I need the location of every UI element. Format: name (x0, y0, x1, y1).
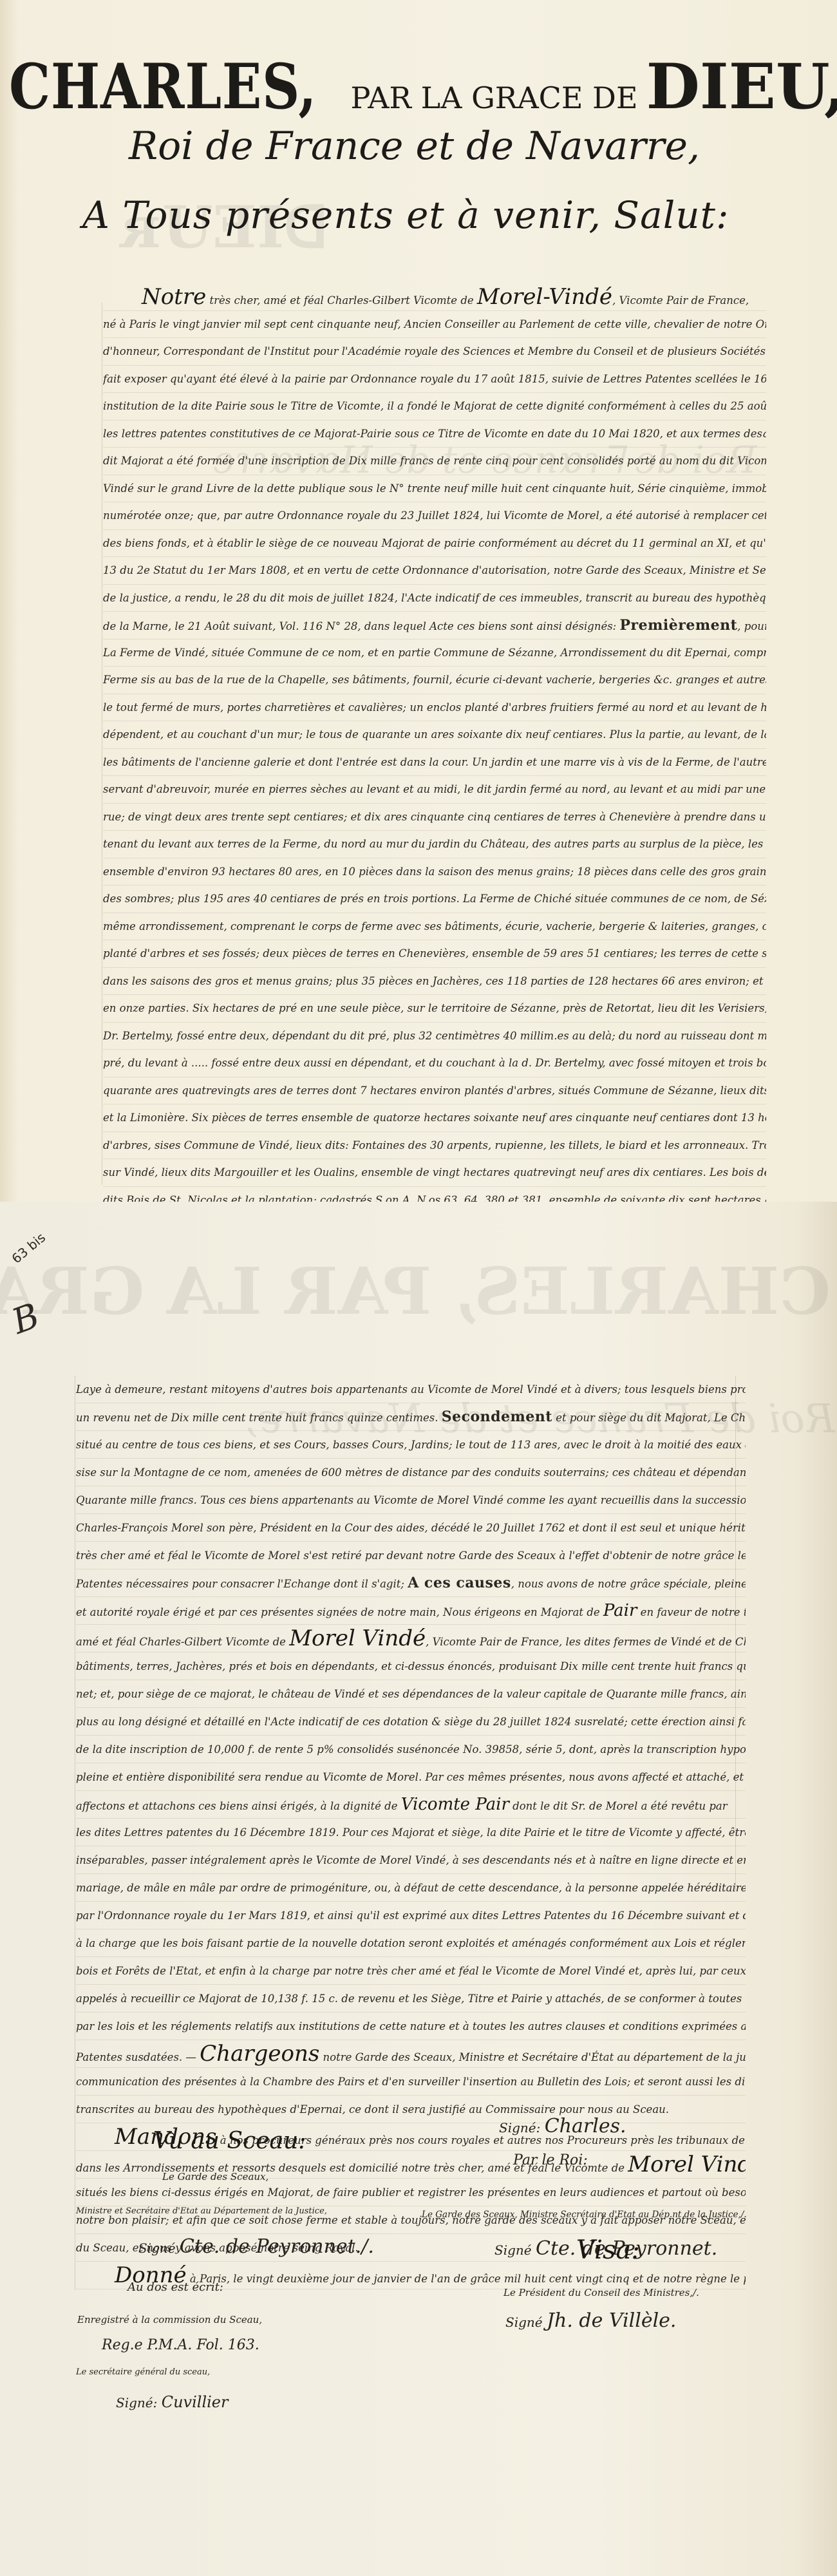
line-text: en faveur de notre très cher (637, 1606, 746, 1618)
margin-flourish: B (6, 1295, 44, 1342)
text-line: de la Marne, le 21 Août suivant, Vol. 11… (103, 612, 766, 639)
text-line: transcrites au bureau des hypothèques d'… (76, 2096, 746, 2123)
signed-label: Signé: (499, 2120, 540, 2136)
text-line: mariage, de mâle en mâle par ordre de pr… (76, 1874, 746, 1902)
line-text: et autorité royale érigé et par ces prés… (76, 1606, 603, 1618)
margin-annotation-folio: 63 bis (8, 1229, 48, 1266)
signed-label: Signé (505, 2315, 543, 2330)
text-line: à la charge que les bois faisant partie … (76, 1929, 746, 1957)
enregistre-label: Enregistré à la commission du Sceau, (77, 2314, 262, 2325)
text-line: dits Bois de St. Nicolas et la plantatio… (103, 1187, 766, 1202)
text-line: numérotée onze; que, par autre Ordonnanc… (103, 502, 766, 530)
line-text: affectons et attachons ces biens ainsi é… (76, 1800, 401, 1812)
text-line: Patentes susdatées. — Chargeons notre Ga… (76, 2040, 746, 2068)
text-line: d'arbres, sises Commune de Vindé, lieux … (103, 1132, 766, 1160)
bleed-through-header: CHARLES, PAR LA GRACE DE DIEU, (71, 1253, 831, 1329)
text-line: situé au centre de tous ces biens, et se… (76, 1431, 746, 1459)
signed-label: Signé: (116, 2395, 157, 2410)
drop-word-notre: Notre (142, 284, 206, 310)
president-conseil-title: Le Président du Conseil des Ministres,/. (503, 2287, 699, 2298)
text-line: Vindé sur le grand Livre de la dette pub… (103, 475, 766, 503)
line-text: à Paris, le vingt deuxième jour de janvi… (187, 2273, 746, 2285)
text-line: des sombres; plus 195 ares 40 centiares … (103, 885, 766, 913)
header-par-la-grace: PAR LA GRACE DE (350, 80, 637, 115)
line-text: , Vicomte Pair de France, (612, 294, 749, 307)
line-text: Patentes susdatées. — (76, 2051, 200, 2063)
name-morel-vinde: Morel-Vindé (477, 284, 612, 310)
text-line: tenant du levant aux terres de la Ferme,… (103, 831, 766, 858)
text-line: rue; de vingt deux ares trente sept cent… (103, 804, 766, 831)
text-line: bâtiments, terres, Jachères, prés et boi… (76, 1653, 746, 1680)
text-line: par les lois et les réglements relatifs … (76, 2012, 746, 2040)
text-line: le tout fermé de murs, portes charretièr… (103, 694, 766, 722)
text-line: plus au long désigné et détaillé en l'Ac… (76, 1708, 746, 1736)
signature-name: Jh. de Villèle. (547, 2309, 676, 2332)
signature-name: Cuvillier (162, 2393, 229, 2411)
text-line: La Ferme de Vindé, située Commune de ce … (103, 639, 766, 667)
text-line: de la dite inscription de 10,000 f. de r… (76, 1736, 746, 1763)
document-page-2: CHARLES, PAR LA GRACE DE DIEU, Roi de Fr… (0, 1202, 837, 2576)
text-line: Ferme sis au bas de la rue de la Chapell… (103, 667, 766, 694)
text-line: même arrondissement, comprenant le corps… (103, 913, 766, 941)
text-line: amé et féal Charles-Gilbert Vicomte de M… (76, 1625, 746, 1653)
line-text: et pour siège du dit Majorat, Le Château… (552, 1412, 746, 1424)
signature-villele: Signé Jh. de Villèle. (505, 2309, 676, 2332)
header-royal-title: CHARLES, PAR LA GRACE DE DIEU, (9, 50, 837, 123)
text-line: inséparables, passer intégralement après… (76, 1846, 746, 1874)
text-line: très cher amé et féal le Vicomte de More… (76, 1542, 746, 1569)
name-morel-vinde: Morel Vindé (628, 2152, 746, 2177)
text-line: dans les saisons des gros et menus grain… (103, 968, 766, 996)
text-line: et autorité royale érigé et par ces prés… (76, 1597, 746, 1625)
text-line: né à Paris le vingt janvier mil sept cen… (103, 311, 766, 339)
text-line: institution de la dite Pairie sous le Ti… (103, 393, 766, 421)
header-roi-de-france: Roi de France et de Navarre, (129, 124, 700, 169)
header-dieu: DIEU, (646, 50, 837, 123)
line-text: notre Garde des Sceaux, Ministre et Secr… (319, 2051, 746, 2063)
text-line: servant d'abreuvoir, murée en pierres sè… (103, 776, 766, 804)
text-line: par l'Ordonnance royale du 1er Mars 1819… (76, 1902, 746, 1929)
garde-des-sceaux-title: Le Garde des Sceaux, (162, 2171, 268, 2183)
line-text: , nous avons de notre grâce spéciale, pl… (511, 1578, 746, 1590)
text-line: les lettres patentes constitutives de ce… (103, 421, 766, 448)
text-line: situés les biens ci-dessus érigés en Maj… (76, 2179, 746, 2206)
heading-premierement: Premièrement (620, 617, 738, 634)
margin-rule (75, 1376, 75, 2290)
text-line: bois et Forêts de l'Etat, et enfin à la … (76, 1957, 746, 1985)
heading-par-le-roi: Par le Roi: (513, 2152, 588, 2168)
text-line: ensemble d'environ 93 hectares 80 ares, … (103, 858, 766, 886)
garde-des-sceaux-right-title: Le Garde des Sceaux, Ministre Secrétaire… (422, 2210, 747, 2220)
line-text: , Vicomte Pair de France, les dites ferm… (426, 1636, 746, 1648)
text-line: affectons et attachons ces biens ainsi é… (76, 1791, 746, 1819)
signature-peyronnet-left: Signé Cte. de Peyronnet./. (138, 2235, 374, 2258)
page1-body: Notre très cher, amé et féal Charles-Gil… (103, 283, 766, 1202)
text-line: appelés à recueillir ce Majorat de 10,13… (76, 1985, 746, 2012)
line-text: Patentes nécessaires pour consacrer l'Ec… (76, 1578, 408, 1590)
text-line: et la Limonière. Six pièces de terres en… (103, 1104, 766, 1132)
signature-cuvillier: Signé: Cuvillier (116, 2393, 228, 2411)
signature-king: Signé: Charles. (499, 2115, 626, 2137)
title-vicomte-pair: Vicomte Pair (401, 1795, 509, 1814)
heading-secondement: Secondement (442, 1408, 552, 1425)
word-pair: Pair (603, 1601, 637, 1620)
text-line: les bâtiments de l'ancienne galerie et d… (103, 749, 766, 777)
text-line: un revenu net de Dix mille cent trente h… (76, 1403, 746, 1431)
text-line: sise sur la Montagne de ce nom, amenées … (76, 1459, 746, 1486)
text-line: Laye à demeure, restant mitoyens d'autre… (76, 1376, 746, 1403)
text-line: d'honneur, Correspondant de l'Institut p… (103, 338, 766, 366)
text-line: Notre très cher, amé et féal Charles-Gil… (103, 283, 766, 311)
text-line: Charles-François Morel son père, Préside… (76, 1514, 746, 1542)
heading-vu-au-sceau: Vu au Sceau: (153, 2128, 306, 2154)
signature-name: Cte. de Peyronnet./. (180, 2235, 374, 2258)
drop-word-chargeons: Chargeons (200, 2041, 319, 2067)
heading-au-dos: Au dos est écrit: (127, 2280, 223, 2294)
text-line: les dites Lettres patentes du 16 Décembr… (76, 1819, 746, 1846)
text-line: quarante ares quatrevingts ares de terre… (103, 1077, 766, 1105)
document-page-1: ᴙUƎIᗡ ɘɿɿɒvɒИ ɘb tɘ ɘɔnɒɿᖷ ɘb ioЯ CHARLE… (0, 0, 837, 1202)
name-morel-vinde: Morel Vindé (289, 1625, 426, 1651)
text-line: communication des présentes à la Chambre… (76, 2068, 746, 2096)
text-line: Quarante mille francs. Tous ces biens ap… (76, 1486, 746, 1514)
secretaire-general-title: Le secrétaire général du sceau, (76, 2367, 210, 2377)
text-line: dit Majorat a été formée d'une inscripti… (103, 448, 766, 475)
registre-reference: Reg.e P.M.A. Fol. 163. (102, 2337, 259, 2353)
text-line: Patentes nécessaires pour consacrer l'Ec… (76, 1569, 746, 1597)
text-line: pré, du levant à ..... fossé entre deux … (103, 1050, 766, 1077)
line-text: amé et féal Charles-Gilbert Vicomte de (76, 1636, 289, 1648)
heading-visa: Visa: (576, 2235, 640, 2265)
margin-rule (102, 303, 102, 1185)
text-line: planté d'arbres et ses fossés; deux pièc… (103, 940, 766, 968)
text-line: sur Vindé, lieux dits Margouiller et les… (103, 1159, 766, 1187)
text-line: 13 du 2e Statut du 1er Mars 1808, et en … (103, 557, 766, 585)
text-line: fait exposer qu'ayant été élevé à la pai… (103, 366, 766, 393)
text-line: net; et, pour siège de ce majorat, le ch… (76, 1680, 746, 1708)
text-line: dépendent, et au couchant d'un mur; le t… (103, 721, 766, 749)
signature-charles: Charles. (545, 2115, 626, 2137)
line-text: dont le dit Sr. de Morel a été revêtu pa… (509, 1800, 728, 1812)
ministry-title: Ministre et Secrétaire d'Etat au Départe… (76, 2206, 327, 2216)
line-text: de la Marne, le 21 Août suivant, Vol. 11… (103, 620, 620, 632)
line-text: un revenu net de Dix mille cent trente h… (76, 1412, 442, 1424)
text-line: des biens fonds, et à établir le siège d… (103, 530, 766, 558)
text-line: en onze parties. Six hectares de pré en … (103, 995, 766, 1023)
line-text: très cher, amé et féal Charles-Gilbert V… (206, 294, 477, 307)
line-text: , pour former la Dotation: (737, 620, 766, 632)
header-salutation: A Tous présents et à venir, Salut: (82, 193, 729, 237)
signed-label: Signé (138, 2240, 176, 2256)
text-line: de la justice, a rendu, le 28 du dit moi… (103, 585, 766, 612)
signed-label: Signé (494, 2242, 532, 2258)
heading-a-ces-causes: A ces causes (408, 1575, 511, 1591)
header-charles: CHARLES, (9, 50, 317, 123)
text-line: Dr. Bertelmy, fossé entre deux, dépendan… (103, 1023, 766, 1050)
text-line: pleine et entière disponibilité sera ren… (76, 1763, 746, 1791)
